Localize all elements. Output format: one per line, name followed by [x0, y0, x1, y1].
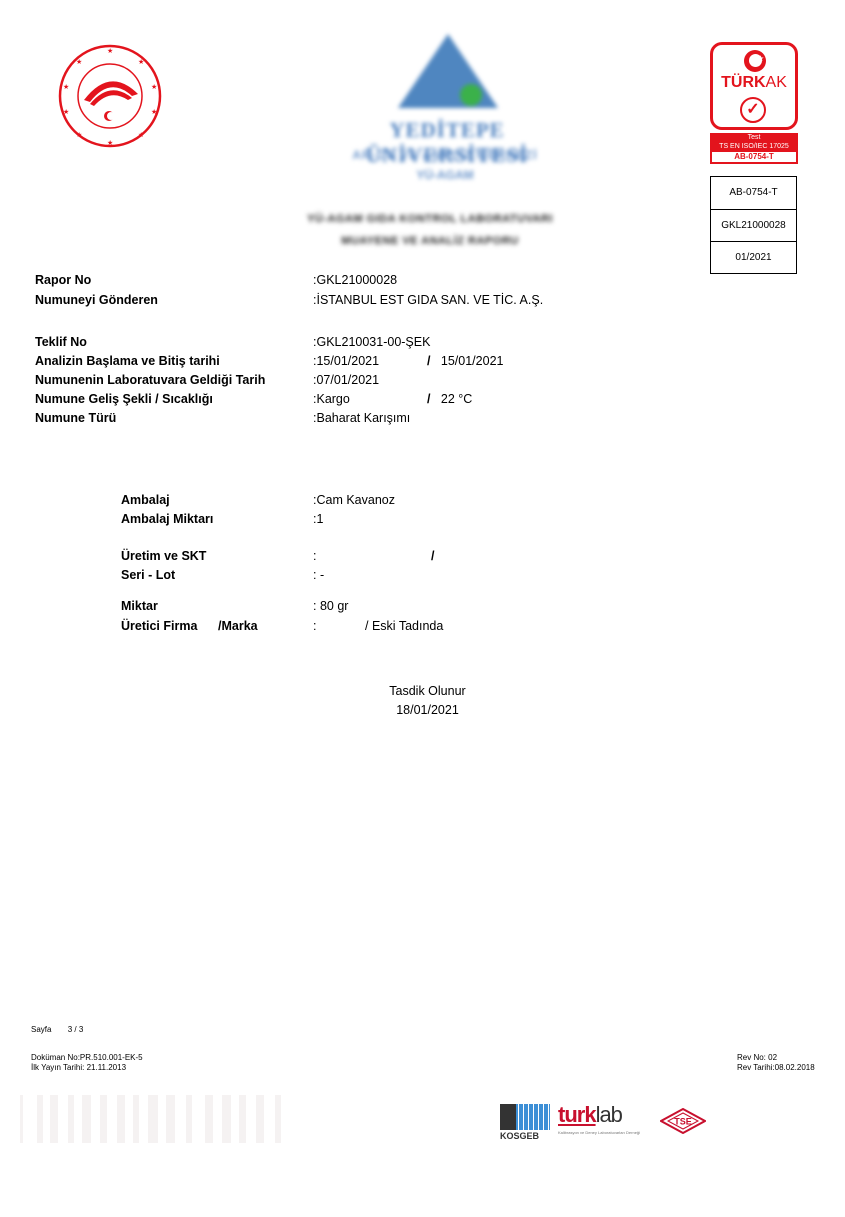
field-value: :GKL210031-00-ŞEK [313, 334, 430, 350]
kosgeb-text: KOSGEB [500, 1131, 539, 1141]
turkak-badge: TÜRKAK ✓ Test TS EN ISO/IEC 17025 AB-075… [710, 42, 798, 164]
center-name: AR-GE VE ANALİZ MERKEZİ [340, 148, 550, 162]
svg-text:★: ★ [138, 131, 144, 139]
field-value: :İSTANBUL EST GIDA SAN. VE TİC. A.Ş. [313, 292, 543, 308]
field-label: Numune Geliş Şekli / Sıcaklığı [35, 392, 213, 406]
field-geldigi-tarih: Numunenin Laboratuvara Geldiği Tarih :07… [35, 372, 265, 388]
field-value: :07/01/2021 [313, 372, 379, 388]
svg-text:TSE: TSE [674, 1117, 692, 1127]
field-value-2: / 22 °C [427, 391, 472, 407]
approval-text: Tasdik Olunur [300, 682, 555, 701]
page-number: 3 / 3 [68, 1025, 84, 1034]
accreditation-code: AB-0754-T [712, 152, 796, 162]
field-value: :GKL21000028 [313, 272, 397, 288]
field-value: : 80 gr [313, 598, 348, 614]
university-logo-icon: YEDİTEPE ÜNİVERSİTESİ AR-GE VE ANALİZ ME… [300, 32, 590, 192]
standard-label: TS EN ISO/IEC 17025 [712, 142, 796, 151]
accreditation-table: AB-0754-T GKL21000028 01/2021 [710, 176, 797, 274]
field-label: Üretici Firma [121, 619, 197, 633]
revision-info: Rev No: 02 Rev Tarihi:08.02.2018 [737, 1053, 815, 1073]
revision-date: Rev Tarihi:08.02.2018 [737, 1063, 815, 1073]
page-label: Sayfa [31, 1025, 51, 1034]
tse-logo-icon: TSE [660, 1108, 706, 1134]
svg-text:★: ★ [107, 47, 113, 55]
field-rapor-no: Rapor No :GKL21000028 [35, 272, 91, 288]
field-label: Numune Türü [35, 411, 116, 425]
field-value: :1 [313, 511, 323, 527]
report-title: YÜ-AGAM GIDA KONTROL LABORATUVARI MUAYEN… [230, 208, 630, 252]
sample-ambalaj-miktari: Ambalaj Miktarı :1 [121, 511, 213, 527]
field-label-2: /Marka [218, 618, 258, 634]
svg-text:★: ★ [76, 58, 82, 66]
report-title-line-2: MUAYENE VE ANALİZ RAPORU [230, 230, 630, 252]
report-title-line-1: YÜ-AGAM GIDA KONTROL LABORATUVARI [230, 208, 630, 230]
turkak-name: TÜRKAK [713, 74, 795, 92]
field-label: Seri - Lot [121, 568, 175, 582]
svg-text:★: ★ [151, 108, 157, 116]
sample-seri-lot: Seri - Lot : - [121, 567, 175, 583]
sample-ambalaj: Ambalaj :Cam Kavanoz [121, 492, 170, 508]
turklab-subtitle: Kalibrasyon ve Deney Laboratuvarları Der… [558, 1130, 640, 1135]
field-value: :Cam Kavanoz [313, 492, 395, 508]
barcode-watermark [20, 1095, 500, 1143]
field-label: Numunenin Laboratuvara Geldiği Tarih [35, 373, 265, 387]
turkak-brand: TÜRK [721, 74, 765, 91]
field-value: : [313, 618, 316, 634]
kosgeb-logo-icon: KOSGEB [500, 1104, 552, 1142]
accreditation-band: Test TS EN ISO/IEC 17025 AB-0754-T [710, 133, 798, 164]
field-gelis-sekli: Numune Geliş Şekli / Sıcaklığı :Kargo / … [35, 391, 213, 407]
svg-text:★: ★ [76, 131, 82, 139]
field-numuneyi-gonderen: Numuneyi Gönderen :İSTANBUL EST GIDA SAN… [35, 292, 158, 308]
center-abbrev: YÜ-AGAM [340, 168, 550, 182]
field-label: Teklif No [35, 335, 87, 349]
footer-logos: KOSGEB turklab Kalibrasyon ve Deney Labo… [500, 1100, 710, 1144]
field-value: :Baharat Karışımı [313, 410, 410, 426]
field-label: Ambalaj Miktarı [121, 512, 213, 526]
turkak-logo-icon: TÜRKAK ✓ [710, 42, 798, 130]
ministry-seal-icon: ★★★ ★★★ ★★★★ [58, 44, 162, 148]
field-label: Miktar [121, 599, 158, 613]
field-value: :15/01/2021 [313, 353, 379, 369]
first-publication-date: İlk Yayın Tarihi: 21.11.2013 [31, 1063, 143, 1073]
field-numune-turu: Numune Türü :Baharat Karışımı [35, 410, 116, 426]
field-label: Ambalaj [121, 493, 170, 507]
globe-icon [460, 84, 482, 106]
accreditation-no-cell: AB-0754-T [711, 177, 796, 209]
triangle-logo-icon [398, 34, 498, 108]
svg-text:★: ★ [107, 139, 113, 147]
sample-miktar: Miktar : 80 gr [121, 598, 158, 614]
sample-uretim-skt: Üretim ve SKT : / [121, 548, 206, 564]
report-no-cell: GKL21000028 [711, 209, 796, 241]
date-cell: 01/2021 [711, 241, 796, 273]
doc-info: Doküman No:PR.510.001-EK-5 İlk Yayın Tar… [31, 1053, 143, 1073]
field-label: Analizin Başlama ve Bitiş tarihi [35, 354, 220, 368]
sample-uretici-firma: Üretici Firma /Marka : / Eski Tadında [121, 618, 197, 634]
turklab-text-a: turk [558, 1102, 596, 1127]
field-value-2: / 15/01/2021 [427, 353, 503, 369]
approval-block: Tasdik Olunur 18/01/2021 [300, 682, 555, 720]
crescent-star-icon [744, 50, 766, 72]
svg-text:★: ★ [138, 58, 144, 66]
svg-text:★: ★ [151, 83, 157, 91]
field-teklif-no: Teklif No :GKL210031-00-ŞEK [35, 334, 87, 350]
page-indicator: Sayfa 3 / 3 [31, 1025, 83, 1035]
doc-number: Doküman No:PR.510.001-EK-5 [31, 1053, 143, 1063]
test-label: Test [712, 134, 796, 142]
turklab-logo-icon: turklab [558, 1102, 622, 1128]
field-label: Üretim ve SKT [121, 549, 206, 563]
field-label: Rapor No [35, 273, 91, 287]
field-analiz-tarihi: Analizin Başlama ve Bitiş tarihi :15/01/… [35, 353, 220, 369]
field-label: Numuneyi Gönderen [35, 293, 158, 307]
field-value-2: / [431, 548, 434, 564]
svg-text:★: ★ [63, 108, 69, 116]
turklab-text-b: lab [596, 1102, 622, 1127]
field-value: :Kargo [313, 391, 350, 407]
revision-number: Rev No: 02 [737, 1053, 815, 1063]
svg-text:★: ★ [63, 83, 69, 91]
field-value: : [313, 548, 316, 564]
checkmark-icon: ✓ [740, 97, 766, 123]
field-value-2: / Eski Tadında [365, 618, 443, 634]
turkak-suffix: AK [766, 74, 787, 91]
approval-date: 18/01/2021 [300, 701, 555, 720]
field-value: : - [313, 567, 324, 583]
